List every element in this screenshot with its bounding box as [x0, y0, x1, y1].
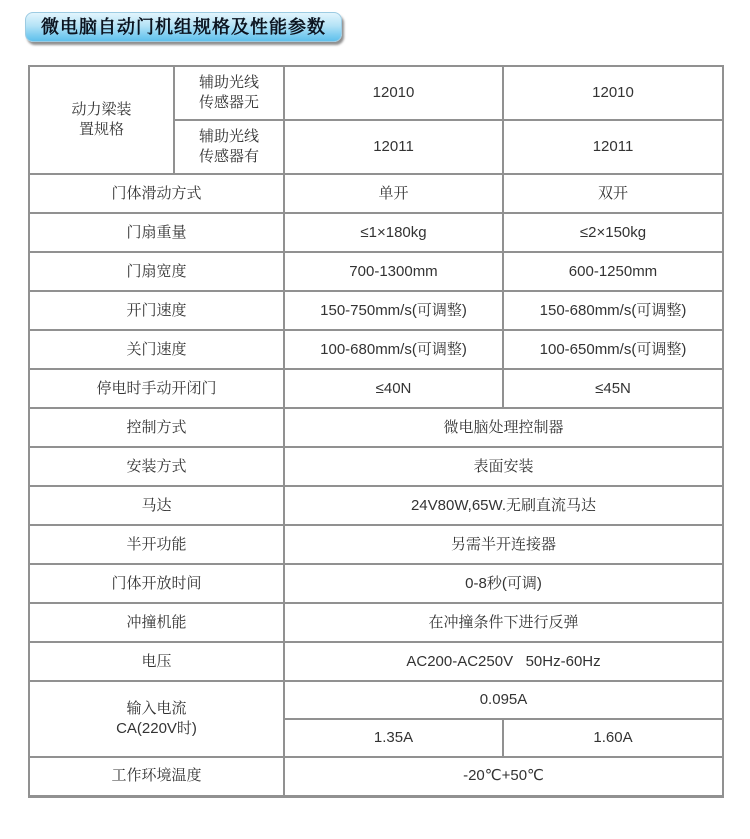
- spec-label-cell: 冲撞机能: [29, 603, 284, 642]
- value-cell: AC200-AC250V 50Hz-60Hz: [284, 642, 723, 681]
- value-cell: 12011: [284, 120, 503, 174]
- value-cell: 24V80W,65W.无刷直流马达: [284, 486, 723, 525]
- table-row: 冲撞机能 在冲撞条件下进行反弹: [29, 603, 723, 642]
- value-cell: ≤1×180kg: [284, 213, 503, 252]
- input-current-label-cell: 输入电流 CA(220V时): [29, 681, 284, 757]
- spec-label-cell: 门扇重量: [29, 213, 284, 252]
- table-row: 马达 24V80W,65W.无刷直流马达: [29, 486, 723, 525]
- spec-table: 动力梁装 置规格 辅助光线 传感器无 12010 12010 辅助光线 传感器有…: [28, 65, 724, 798]
- value-cell: 100-680mm/s(可调整): [284, 330, 503, 369]
- table-row: 动力梁装 置规格 辅助光线 传感器无 12010 12010: [29, 66, 723, 120]
- page: { "header": { "title": "微电脑自动门机组规格及性能参数"…: [0, 0, 750, 839]
- spec-label-cell: 电压: [29, 642, 284, 681]
- spec-label-cell: 停电时手动开闭门: [29, 369, 284, 408]
- value-cell: 微电脑处理控制器: [284, 408, 723, 447]
- spec-label-cell: 门扇宽度: [29, 252, 284, 291]
- sensor-yes-label-cell: 辅助光线 传感器有: [174, 120, 284, 174]
- table-row: 关门速度 100-680mm/s(可调整) 100-650mm/s(可调整): [29, 330, 723, 369]
- value-cell: 0-8秒(可调): [284, 564, 723, 603]
- table-row: 门体开放时间 0-8秒(可调): [29, 564, 723, 603]
- spec-label-cell: 半开功能: [29, 525, 284, 564]
- table-row: 输入电流 CA(220V时) 0.095A: [29, 681, 723, 719]
- value-cell: 12011: [503, 120, 723, 174]
- power-beam-label-cell: 动力梁装 置规格: [29, 66, 174, 174]
- value-cell: 100-650mm/s(可调整): [503, 330, 723, 369]
- value-cell: ≤45N: [503, 369, 723, 408]
- spec-label-cell: 门体滑动方式: [29, 174, 284, 213]
- value-cell: 双开: [503, 174, 723, 213]
- sensor-none-label-cell: 辅助光线 传感器无: [174, 66, 284, 120]
- table-row: 门扇宽度 700-1300mm 600-1250mm: [29, 252, 723, 291]
- table-row: 开门速度 150-750mm/s(可调整) 150-680mm/s(可调整): [29, 291, 723, 330]
- page-title-badge: 微电脑自动门机组规格及性能参数: [25, 12, 342, 42]
- table-row: 停电时手动开闭门 ≤40N ≤45N: [29, 369, 723, 408]
- value-cell: 1.35A: [284, 719, 503, 757]
- value-cell: 1.60A: [503, 719, 723, 757]
- spec-label-cell: 工作环境温度: [29, 757, 284, 796]
- value-cell: 单开: [284, 174, 503, 213]
- spec-label-cell: 关门速度: [29, 330, 284, 369]
- value-cell: -20℃+50℃: [284, 757, 723, 796]
- value-cell: 在冲撞条件下进行反弹: [284, 603, 723, 642]
- value-cell: 12010: [503, 66, 723, 120]
- value-cell: 600-1250mm: [503, 252, 723, 291]
- value-cell: ≤40N: [284, 369, 503, 408]
- spec-label-cell: 开门速度: [29, 291, 284, 330]
- table-row: 半开功能 另需半开连接器: [29, 525, 723, 564]
- value-cell: ≤2×150kg: [503, 213, 723, 252]
- value-cell: 0.095A: [284, 681, 723, 719]
- table-row: 工作环境温度 -20℃+50℃: [29, 757, 723, 796]
- table-row: 电压 AC200-AC250V 50Hz-60Hz: [29, 642, 723, 681]
- value-cell: 700-1300mm: [284, 252, 503, 291]
- value-cell: 150-750mm/s(可调整): [284, 291, 503, 330]
- page-title: 微电脑自动门机组规格及性能参数: [41, 17, 326, 37]
- table-row: 控制方式 微电脑处理控制器: [29, 408, 723, 447]
- spec-label-cell: 门体开放时间: [29, 564, 284, 603]
- value-cell: 150-680mm/s(可调整): [503, 291, 723, 330]
- spec-label-cell: 安装方式: [29, 447, 284, 486]
- table-row: 门扇重量 ≤1×180kg ≤2×150kg: [29, 213, 723, 252]
- value-cell: 另需半开连接器: [284, 525, 723, 564]
- table-row: 安装方式 表面安装: [29, 447, 723, 486]
- table-row: 门体滑动方式 单开 双开: [29, 174, 723, 213]
- value-cell: 12010: [284, 66, 503, 120]
- spec-label-cell: 马达: [29, 486, 284, 525]
- value-cell: 表面安装: [284, 447, 723, 486]
- spec-label-cell: 控制方式: [29, 408, 284, 447]
